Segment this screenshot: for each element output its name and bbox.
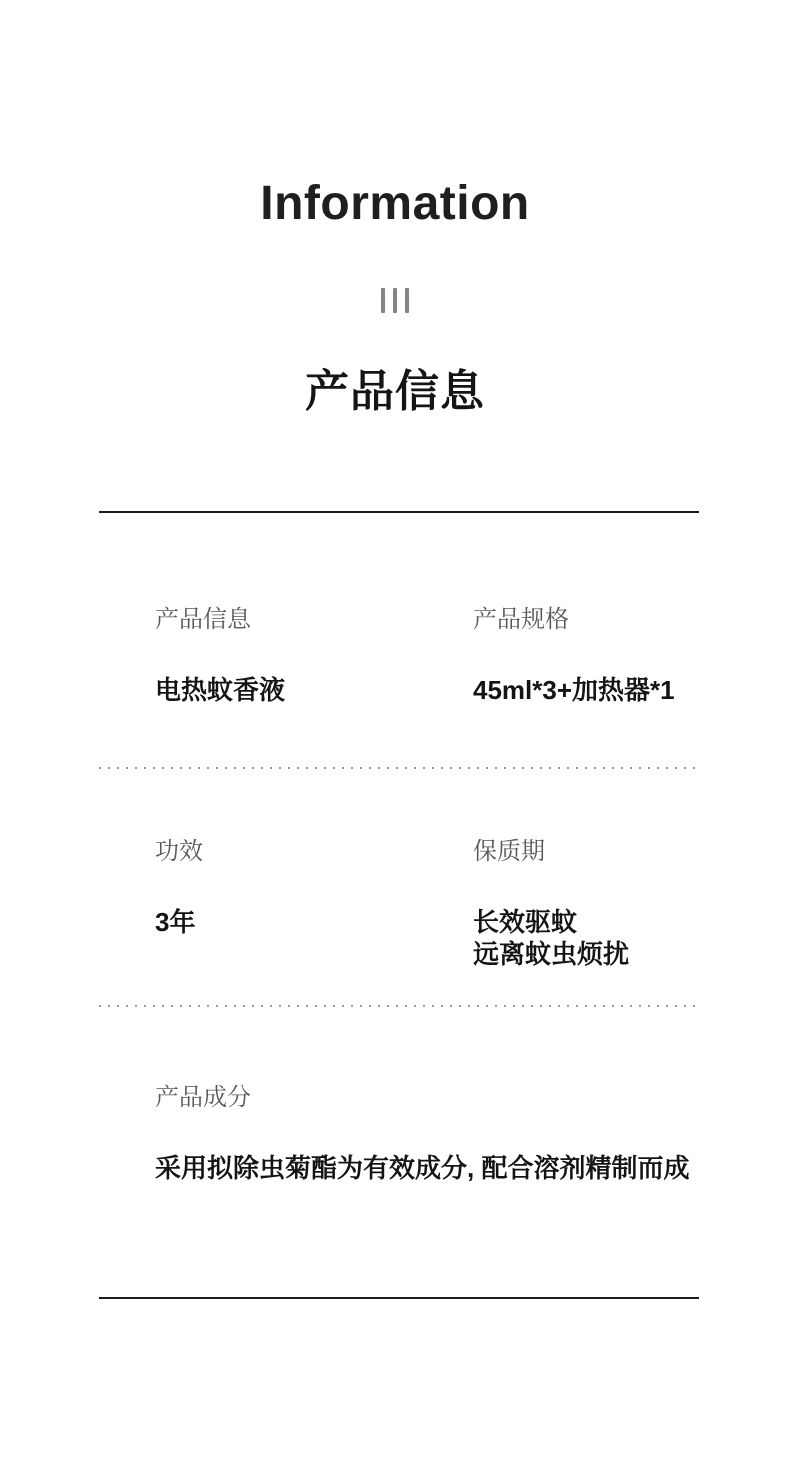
product-info-panel: 产品信息 电热蚊香液 产品规格 45ml*3+加热器*1 功效 3年 保质期 长… (99, 511, 699, 1298)
shelf-life-cell: 保质期 长效驱蚊 远离蚊虫烦扰 (473, 839, 699, 971)
bar-icon (381, 288, 385, 313)
product-spec-cell: 产品规格 45ml*3+加热器*1 (473, 607, 699, 707)
product-name-value: 电热蚊香液 (155, 675, 473, 707)
efficacy-cell: 功效 3年 (155, 839, 473, 971)
product-spec-label: 产品规格 (473, 607, 699, 632)
product-spec-value: 45ml*3+加热器*1 (473, 675, 699, 707)
product-name-label: 产品信息 (155, 607, 473, 632)
shelf-life-value-line1: 长效驱蚊 (473, 907, 699, 939)
ingredients-cell: 产品成分 采用拟除虫菊酯为有效成分, 配合溶剂精制而成 (155, 1085, 699, 1185)
efficacy-label: 功效 (155, 839, 473, 864)
info-row-1: 产品信息 电热蚊香液 产品规格 45ml*3+加热器*1 (99, 607, 699, 707)
ingredients-label: 产品成分 (155, 1085, 699, 1110)
dotted-divider-1 (99, 767, 699, 769)
page-title-en: Information (0, 0, 790, 228)
ingredients-value: 采用拟除虫菊酯为有效成分, 配合溶剂精制而成 (155, 1153, 699, 1185)
shelf-life-value: 长效驱蚊 远离蚊虫烦扰 (473, 907, 699, 970)
top-divider-line (99, 511, 699, 513)
triple-bars-icon (0, 288, 790, 313)
shelf-life-value-line2: 远离蚊虫烦扰 (473, 939, 699, 971)
bottom-divider-line (99, 1297, 699, 1299)
section-header: Information 产品信息 (0, 0, 790, 415)
efficacy-value: 3年 (155, 907, 473, 939)
shelf-life-label: 保质期 (473, 839, 699, 864)
info-row-2: 功效 3年 保质期 长效驱蚊 远离蚊虫烦扰 (99, 839, 699, 971)
bar-icon (405, 288, 409, 313)
product-name-cell: 产品信息 电热蚊香液 (155, 607, 473, 707)
bar-icon (393, 288, 397, 313)
page-title-zh: 产品信息 (0, 369, 790, 415)
dotted-divider-2 (99, 1005, 699, 1007)
info-row-3: 产品成分 采用拟除虫菊酯为有效成分, 配合溶剂精制而成 (99, 1085, 699, 1185)
